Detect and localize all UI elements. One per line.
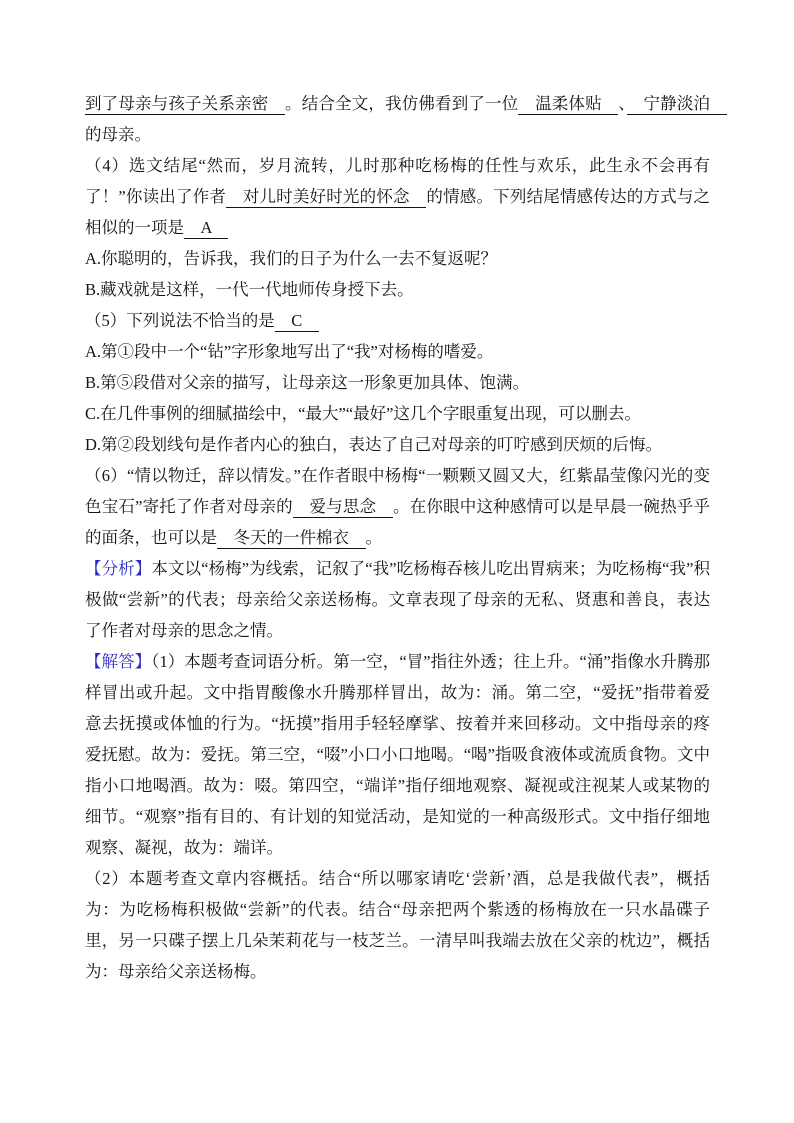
- analysis-label: 【分析】: [85, 559, 151, 578]
- text-run: （1）本题考查词语分析。第一空，“冒”指往外透；往上升。“涌”指像水升腾那样冒出…: [85, 652, 710, 857]
- paragraph-question-5: （5）下列说法不恰当的是 C: [85, 305, 710, 336]
- answer-blank: 到了母亲与孩子关系亲密: [85, 94, 285, 115]
- paragraph-question-5-option-b: B.第⑤段借对父亲的描写，让母亲这一形象更加具体、饱满。: [85, 367, 710, 398]
- paragraph-answer-continuation: 到了母亲与孩子关系亲密 。结合全文，我仿佛看到了一位 温柔体贴 、 宁静淡泊 的…: [85, 88, 710, 150]
- text-run: A.第①段中一个“钻”字形象地写出了“我”对杨梅的嗜爱。: [85, 342, 493, 361]
- text-run: （5）下列说法不恰当的是: [85, 311, 275, 330]
- text-run: B.第⑤段借对父亲的描写，让母亲这一形象更加具体、饱满。: [85, 373, 529, 392]
- paragraph-question-5-option-a: A.第①段中一个“钻”字形象地写出了“我”对杨梅的嗜爱。: [85, 336, 710, 367]
- answer-blank: 温柔体贴: [518, 94, 618, 115]
- text-run: 。结合全文，我仿佛看到了一位: [285, 94, 518, 113]
- paragraph-question-6: （6）“情以物迁，辞以情发。”在作者眼中杨梅“一颗颗又圆又大，红紫晶莹像闪光的变…: [85, 460, 710, 553]
- text-run: 、: [618, 94, 626, 113]
- text-run: D.第②段划线句是作者内心的独白，表达了自己对母亲的叮咛感到厌烦的后悔。: [85, 435, 662, 454]
- paragraph-explanation-part-2: （2）本题考查文章内容概括。结合“所以哪家请吃‘尝新’酒，总是我做代表”，概括为…: [85, 863, 710, 987]
- text-run: 本文以“杨梅”为线索，记叙了“我”吃杨梅吞核儿吃出胃病来；为吃杨梅“我”积极做“…: [85, 559, 710, 640]
- paragraph-explanation: 【解答】（1）本题考查词语分析。第一空，“冒”指往外透；往上升。“涌”指像水升腾…: [85, 646, 710, 863]
- text-run: C.在几件事例的细腻描绘中，“最大”“最好”这几个字眼重复出现，可以删去。: [85, 404, 641, 423]
- answer-blank: 对儿时美好时光的怀念: [226, 187, 426, 208]
- answer-blank: 爱与思念: [293, 497, 393, 518]
- text-run: A.你聪明的，告诉我，我们的日子为什么一去不复返呢？: [85, 249, 497, 268]
- answer-blank: 宁静淡泊: [627, 94, 727, 115]
- paragraph-question-5-option-d: D.第②段划线句是作者内心的独白，表达了自己对母亲的叮咛感到厌烦的后悔。: [85, 429, 710, 460]
- document-page: 到了母亲与孩子关系亲密 。结合全文，我仿佛看到了一位 温柔体贴 、 宁静淡泊 的…: [0, 0, 794, 1123]
- paragraph-question-4-option-b: B.藏戏就是这样，一代一代地师传身授下去。: [85, 274, 710, 305]
- answer-blank: A: [184, 218, 228, 239]
- paragraph-question-4-option-a: A.你聪明的，告诉我，我们的日子为什么一去不复返呢？: [85, 243, 710, 274]
- text-run: B.藏戏就是这样，一代一代地师传身授下去。: [85, 280, 414, 299]
- paragraph-analysis: 【分析】本文以“杨梅”为线索，记叙了“我”吃杨梅吞核儿吃出胃病来；为吃杨梅“我”…: [85, 553, 710, 646]
- explanation-label: 【解答】: [85, 652, 151, 671]
- answer-blank: 冬天的一件棉衣: [217, 528, 366, 549]
- text-run: （2）本题考查文章内容概括。结合“所以哪家请吃‘尝新’酒，总是我做代表”，概括为…: [85, 869, 710, 981]
- paragraph-question-5-option-c: C.在几件事例的细腻描绘中，“最大”“最好”这几个字眼重复出现，可以删去。: [85, 398, 710, 429]
- text-run: 的母亲。: [85, 125, 151, 144]
- text-run: 。: [366, 528, 383, 547]
- paragraph-question-4: （4）选文结尾“然而，岁月流转，儿时那种吃杨梅的任性与欢乐，此生永不会再有了！”…: [85, 150, 710, 243]
- document-body: 到了母亲与孩子关系亲密 。结合全文，我仿佛看到了一位 温柔体贴 、 宁静淡泊 的…: [85, 88, 710, 987]
- answer-blank: C: [275, 311, 319, 332]
